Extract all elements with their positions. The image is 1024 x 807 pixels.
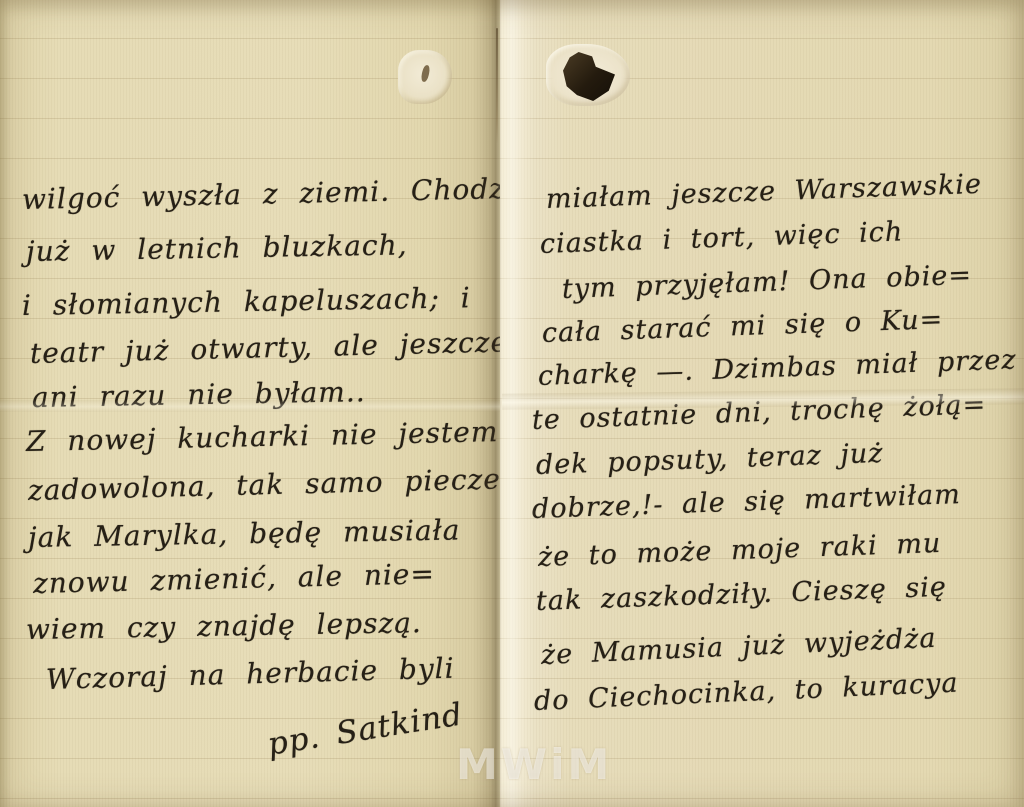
left-page: wilgoć wyszła z ziemi. Chodzę już w letn… xyxy=(0,0,500,807)
fold-tear xyxy=(496,28,498,144)
handwritten-line: Wczoraj na herbacie byli xyxy=(46,655,455,694)
handwritten-line: Z nowej kucharki nie jestem xyxy=(26,418,499,456)
handwritten-line: znowu zmienić, ale nie= xyxy=(33,560,436,598)
handwritten-line: wiem czy znajdę lepszą. xyxy=(26,609,422,644)
letter-scan: wilgoć wyszła z ziemi. Chodzę już w letn… xyxy=(0,0,1024,807)
handwritten-line: i słomianych kapeluszach; i xyxy=(22,284,471,320)
handwritten-line: wilgoć wyszła z ziemi. Chodzę xyxy=(22,175,523,214)
handwritten-line: już w letnich bluzkach, xyxy=(26,231,408,266)
handwritten-line: ani razu nie byłam.. xyxy=(32,378,366,412)
handwritten-line: zadowolona, tak samo piecze xyxy=(28,465,502,505)
signature-line: pp. Satkind xyxy=(266,699,466,760)
handwritten-line: teatr już otwarty, ale jeszcze xyxy=(30,328,509,368)
handwritten-line: jak Marylka, będę musiała xyxy=(28,516,461,552)
damage-mark xyxy=(420,64,430,82)
